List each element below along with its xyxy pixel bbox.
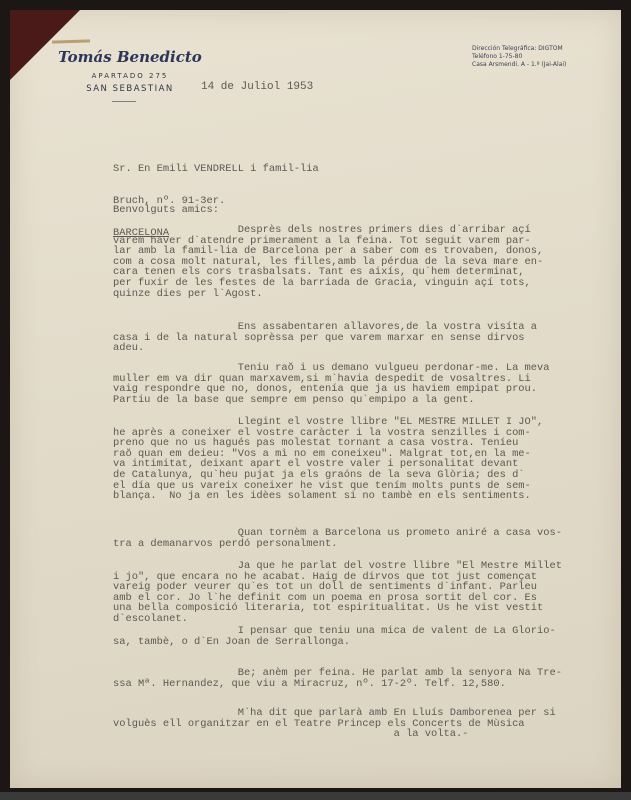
text-line: tra a demanarvos perdó personalment. (113, 539, 562, 550)
paragraph: Ja que he parlat del vostre llibre "El M… (113, 561, 562, 625)
text-line: Partiu de la base que sempre em penso qu… (113, 395, 549, 406)
text-line: quinze dies per l`Agost. (113, 289, 543, 300)
text-line: per fuxir de les festes de la barriada d… (113, 278, 543, 289)
text-line: sa, tambè, o d`En Joan de Serrallonga. (113, 637, 556, 648)
text-line: Llegint el vostre llibre "EL MESTRE MILL… (113, 417, 543, 428)
letterhead-apartado: APARTADO 275 (55, 72, 205, 80)
street-address: Casa Arsmendi. A - 1.º (Jai-Alai) (472, 61, 566, 69)
letterhead-contact: Dirección Telegráfica: DIGTOM Teléfono 1… (472, 45, 566, 69)
paragraph: Ens assabentaren allavores,de la vostra … (113, 322, 537, 354)
paragraph: Teniu raŏ i us demano vulgueu perdonar-m… (113, 363, 549, 405)
text-line: I pensar que teniu una mica de valent de… (113, 626, 556, 637)
telegraph-address: Dirección Telegráfica: DIGTOM (472, 45, 566, 53)
text-line: Ja que he parlat del vostre llibre "El M… (113, 561, 562, 572)
letter-date: 14 de Juliol 1953 (201, 82, 313, 93)
text-line: adeu. (113, 343, 537, 354)
text-line: Teniu raŏ i us demano vulgueu perdonar-m… (113, 363, 549, 374)
text-line: Be; anèm per feina. He parlat amb la sen… (113, 668, 562, 679)
text-line: Ens assabentaren allavores,de la vostra … (113, 322, 537, 333)
text-line: blança. No ja en les idèes solament si n… (113, 491, 543, 502)
paragraph: Quan tornèm a Barcelona us prometo aniré… (113, 528, 562, 549)
paragraph: Be; anèm per feina. He parlat amb la sen… (113, 668, 562, 689)
recipient-name: Sr. En Emili VENDRELL i famil-lia (113, 164, 319, 175)
greeting: Benvolguts amics: (113, 205, 219, 216)
paragraph: M`ha dit que parlarà amb En Lluís Dambor… (113, 708, 556, 740)
text-line: a la volta.- (113, 729, 556, 740)
scan-border (0, 792, 631, 800)
paragraph: Llegint el vostre llibre "EL MESTRE MILL… (113, 417, 543, 502)
photo-corner-mount (10, 10, 80, 80)
paragraph: I pensar que teniu una mica de valent de… (113, 626, 556, 647)
text-line: d`escolanet. (113, 614, 562, 625)
text-line: de Catalunya, qu`heu pujat ja els graóns… (113, 470, 543, 481)
paragraph: Desprès dels nostres primers dies d`arri… (113, 225, 543, 299)
letterhead-name: Tomás Benedicto (55, 48, 205, 66)
text-line: casa i de la natural soprèssa per que va… (113, 333, 537, 344)
letterhead-city: SAN SEBASTIAN (55, 84, 205, 94)
text-line: Desprès dels nostres primers dies d`arri… (113, 225, 543, 236)
text-line: Quan tornèm a Barcelona us prometo aniré… (113, 528, 562, 539)
phone-number: Teléfono 1-75-80 (472, 53, 566, 61)
text-line: M`ha dit que parlarà amb En Lluís Dambor… (113, 708, 556, 719)
text-line: ssa Mª. Hernandez, que viu a Miracruz, n… (113, 679, 562, 690)
letterhead-rule (112, 101, 136, 102)
